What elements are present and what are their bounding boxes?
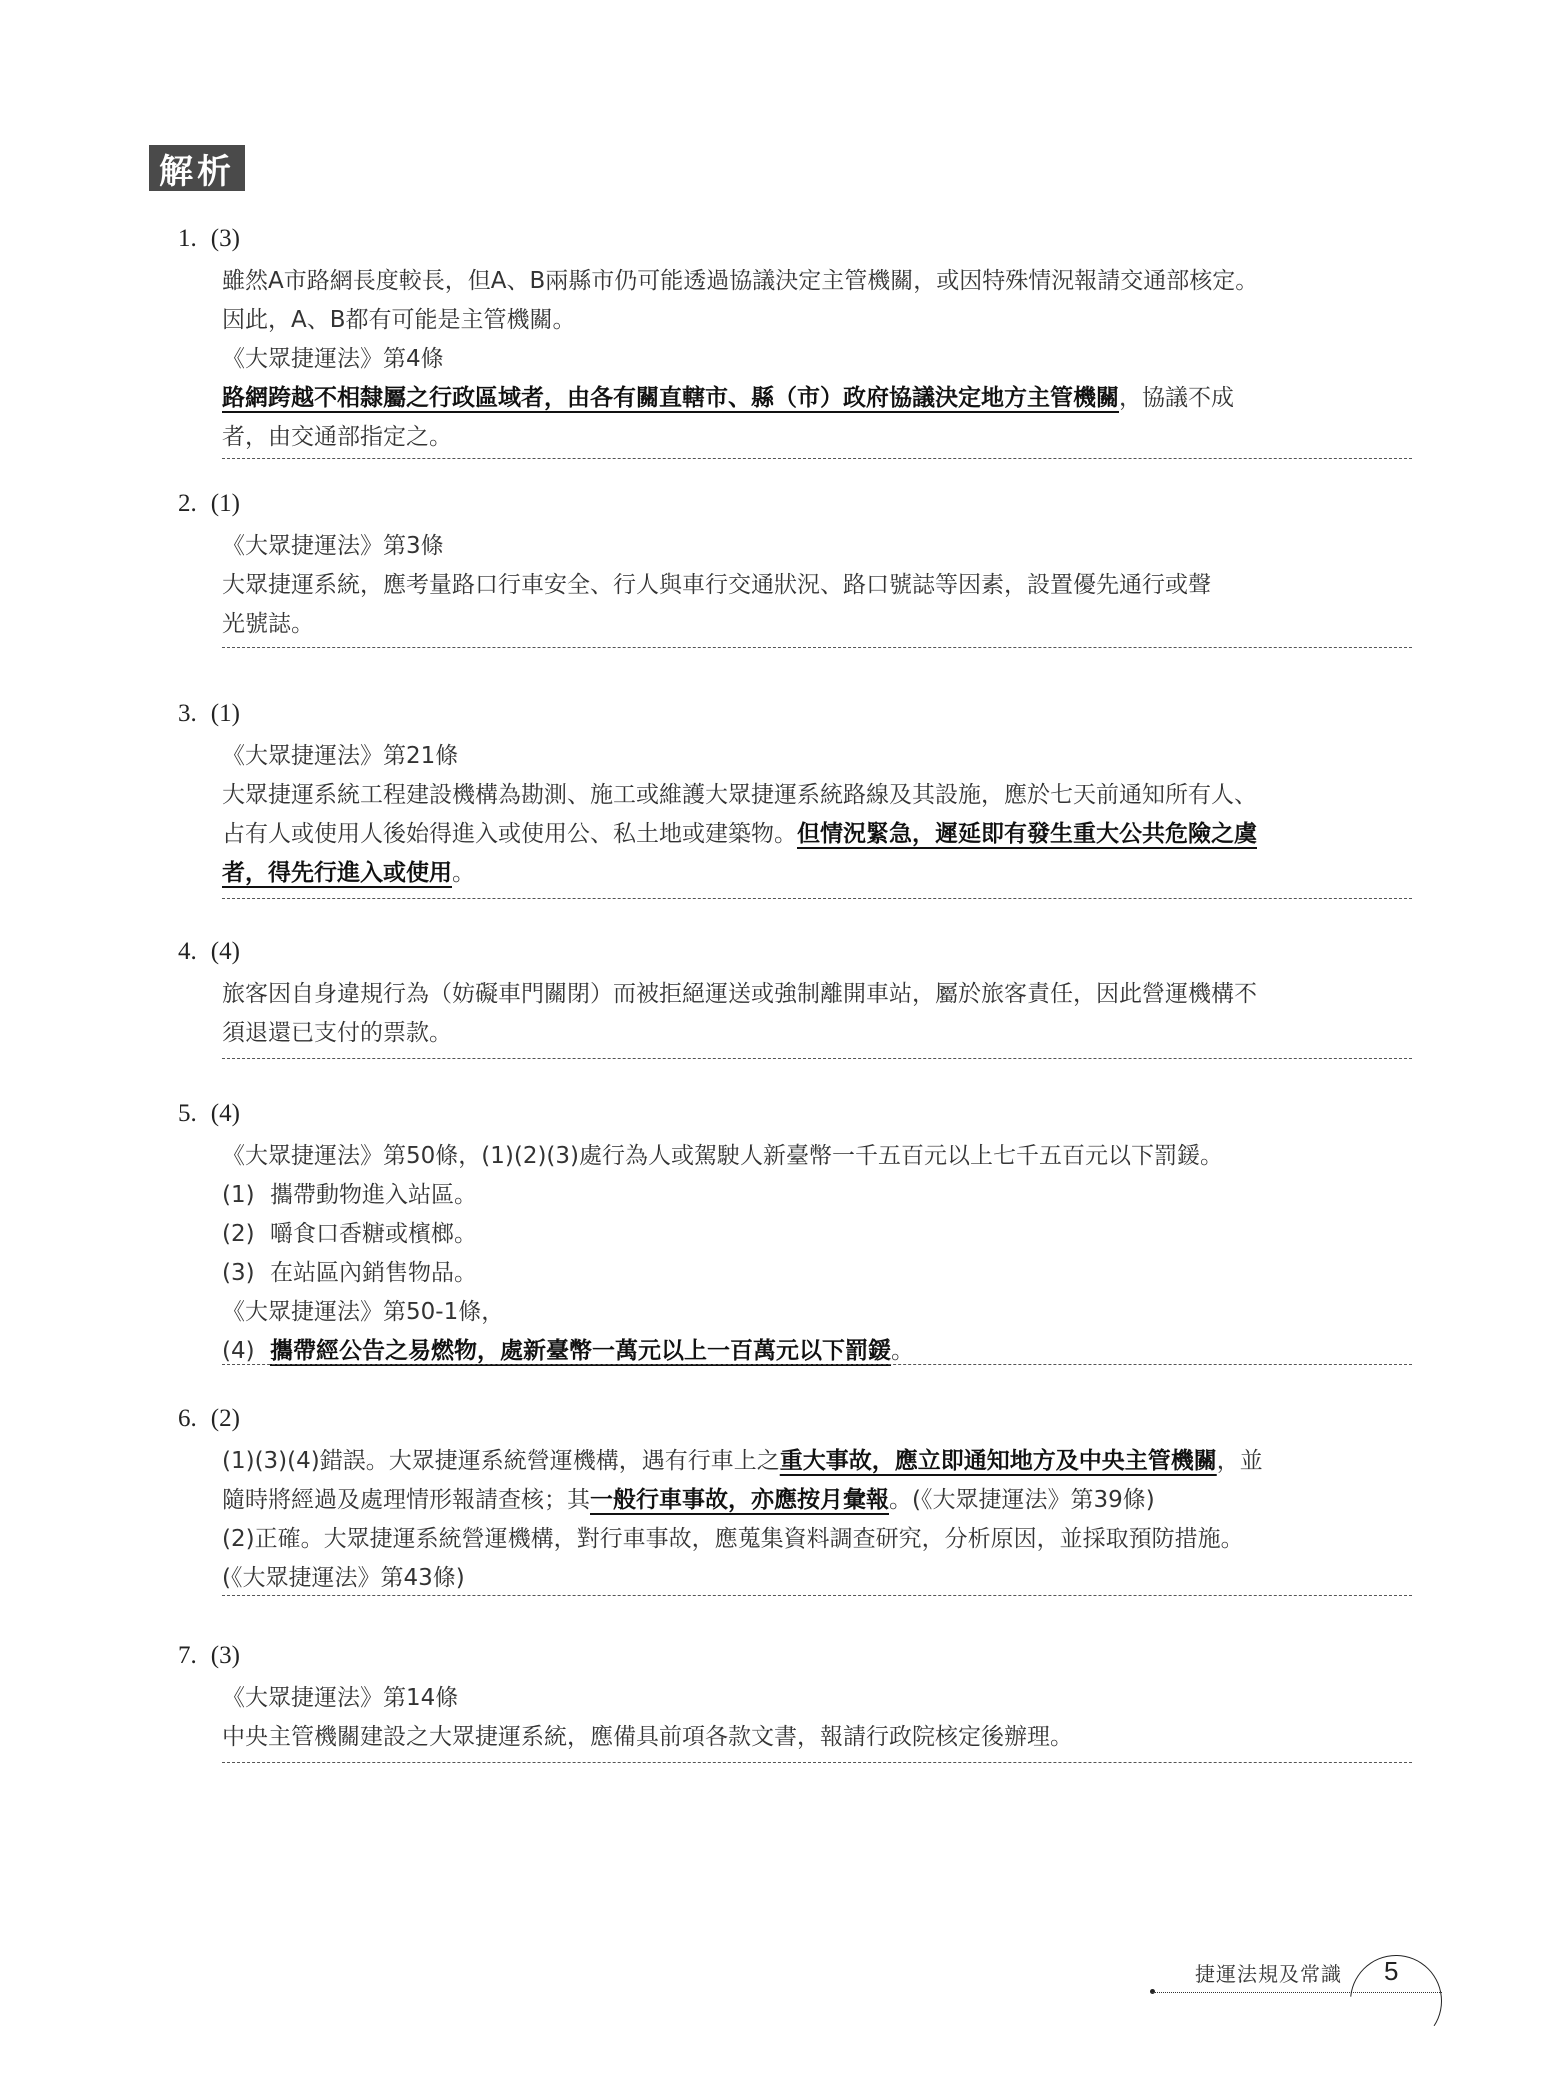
text-segment: 占有人或使用人後始得進入或使用公、私土地或建築物。: [222, 821, 797, 847]
question-number: 4.(4): [178, 938, 240, 966]
dashed-divider: [222, 458, 1412, 459]
explanation-line: (1)(3)(4)錯誤。大眾捷運系統營運機構，遇有行車上之重大事故，應立即通知地…: [222, 1442, 1412, 1481]
explanation-line: 雖然A市路網長度較長，但A、B兩縣市仍可能透過協議決定主管機關，或因特殊情況報請…: [222, 262, 1412, 301]
explanation-line: 占有人或使用人後始得進入或使用公、私土地或建築物。但情況緊急，遲延即有發生重大公…: [222, 815, 1412, 854]
text-segment: 大眾捷運系統，應考量路口行車安全、行人與車行交通狀況、路口號誌等因素，設置優先通…: [222, 572, 1211, 598]
text-segment: 。(《大眾捷運法》第39條): [889, 1487, 1155, 1513]
sub-item-label: (3): [222, 1254, 270, 1293]
sub-item-label: (1): [222, 1176, 270, 1215]
emphasized-text: 重大事故，應立即通知地方及中央主管機關: [780, 1448, 1217, 1474]
explanation-body: 《大眾捷運法》第14條中央主管機關建設之大眾捷運系統，應備具前項各款文書，報請行…: [222, 1679, 1412, 1757]
sub-item-label: (4): [222, 1332, 270, 1371]
explanation-line: 大眾捷運系統，應考量路口行車安全、行人與車行交通狀況、路口號誌等因素，設置優先通…: [222, 566, 1412, 605]
explanation-line: 大眾捷運系統工程建設機構為勘測、施工或維護大眾捷運系統路線及其設施，應於七天前通…: [222, 776, 1412, 815]
item-number: 4.: [178, 938, 197, 965]
item-number: 7.: [178, 1642, 197, 1669]
dashed-divider: [222, 1058, 1412, 1059]
text-segment: 攜帶動物進入站區。: [270, 1182, 477, 1208]
dashed-divider: [222, 1595, 1412, 1596]
footer-book-title: 捷運法規及常識: [1195, 1958, 1342, 1987]
text-segment: ，協議不成: [1119, 385, 1234, 411]
text-segment: 雖然A市路網長度較長，但A、B兩縣市仍可能透過協議決定主管機關，或因特殊情況報請…: [222, 268, 1258, 294]
sub-item-label: (2): [222, 1215, 270, 1254]
explanation-line: 《大眾捷運法》第50-1條，: [222, 1293, 1412, 1332]
explanation-line: (4)攜帶經公告之易燃物，處新臺幣一萬元以上一百萬元以下罰鍰。: [222, 1332, 1412, 1371]
explanation-line: 《大眾捷運法》第14條: [222, 1679, 1412, 1718]
explanation-line: 《大眾捷運法》第4條: [222, 340, 1412, 379]
item-number: 2.: [178, 490, 197, 517]
explanation-line: 因此，A、B都有可能是主管機關。: [222, 301, 1412, 340]
explanation-line: 路網跨越不相隸屬之行政區域者，由各有關直轄市、縣（市）政府協議決定地方主管機關，…: [222, 379, 1412, 418]
emphasized-text: 路網跨越不相隸屬之行政區域者，由各有關直轄市、縣（市）政府協議決定地方主管機關: [222, 385, 1119, 411]
text-segment: 。: [452, 860, 475, 886]
page-number: 5: [1384, 1956, 1398, 1987]
text-segment: 大眾捷運系統工程建設機構為勘測、施工或維護大眾捷運系統路線及其設施，應於七天前通…: [222, 782, 1257, 808]
question-number: 7.(3): [178, 1642, 240, 1670]
dashed-divider: [222, 647, 1412, 648]
explanation-line: 旅客因自身違規行為（妨礙車門關閉）而被拒絕運送或強制離開車站，屬於旅客責任，因此…: [222, 975, 1412, 1014]
text-segment: 。: [891, 1338, 914, 1364]
item-answer: (4): [211, 1100, 240, 1127]
text-segment: 光號誌。: [222, 611, 314, 637]
explanation-body: 雖然A市路網長度較長，但A、B兩縣市仍可能透過協議決定主管機關，或因特殊情況報請…: [222, 262, 1412, 457]
question-number: 3.(1): [178, 700, 240, 728]
explanation-line: 光號誌。: [222, 605, 1412, 644]
item-number: 1.: [178, 225, 197, 252]
question-number: 2.(1): [178, 490, 240, 518]
dashed-divider: [222, 1762, 1412, 1763]
explanation-line: 者，得先行進入或使用。: [222, 854, 1412, 893]
text-segment: (2)正確。大眾捷運系統營運機構，對行車事故，應蒐集資料調查研究，分析原因，並採…: [222, 1526, 1244, 1552]
explanation-line: 《大眾捷運法》第50條，(1)(2)(3)處行為人或駕駛人新臺幣一千五百元以上七…: [222, 1137, 1412, 1176]
explanation-body: 旅客因自身違規行為（妨礙車門關閉）而被拒絕運送或強制離開車站，屬於旅客責任，因此…: [222, 975, 1412, 1053]
explanation-line: (1)攜帶動物進入站區。: [222, 1176, 1412, 1215]
text-segment: 隨時將經過及處理情形報請查核；其: [222, 1487, 590, 1513]
explanation-line: (2)嚼食口香糖或檳榔。: [222, 1215, 1412, 1254]
explanation-body: 《大眾捷運法》第50條，(1)(2)(3)處行為人或駕駛人新臺幣一千五百元以上七…: [222, 1137, 1412, 1371]
text-segment: 中央主管機關建設之大眾捷運系統，應備具前項各款文書，報請行政院核定後辦理。: [222, 1724, 1073, 1750]
text-segment: 旅客因自身違規行為（妨礙車門關閉）而被拒絕運送或強制離開車站，屬於旅客責任，因此…: [222, 981, 1257, 1007]
text-segment: ，並: [1217, 1448, 1263, 1474]
explanation-line: 中央主管機關建設之大眾捷運系統，應備具前項各款文書，報請行政院核定後辦理。: [222, 1718, 1412, 1757]
explanation-line: (3)在站區內銷售物品。: [222, 1254, 1412, 1293]
item-number: 5.: [178, 1100, 197, 1127]
text-segment: 《大眾捷運法》第21條: [222, 743, 458, 769]
text-segment: 嚼食口香糖或檳榔。: [270, 1221, 477, 1247]
emphasized-text: 者，得先行進入或使用: [222, 860, 452, 886]
text-segment: 《大眾捷運法》第50條，(1)(2)(3)處行為人或駕駛人新臺幣一千五百元以上七…: [222, 1143, 1223, 1169]
explanation-line: 《大眾捷運法》第3條: [222, 527, 1412, 566]
item-number: 3.: [178, 700, 197, 727]
item-answer: (1): [211, 700, 240, 727]
text-segment: (《大眾捷運法》第43條): [222, 1565, 465, 1591]
item-answer: (1): [211, 490, 240, 517]
explanation-line: (2)正確。大眾捷運系統營運機構，對行車事故，應蒐集資料調查研究，分析原因，並採…: [222, 1520, 1412, 1559]
text-segment: 因此，A、B都有可能是主管機關。: [222, 307, 576, 333]
text-segment: (1)(3)(4)錯誤。大眾捷運系統營運機構，遇有行車上之: [222, 1448, 780, 1474]
item-number: 6.: [178, 1405, 197, 1432]
item-answer: (3): [211, 225, 240, 252]
item-answer: (3): [211, 1642, 240, 1669]
explanation-line: 《大眾捷運法》第21條: [222, 737, 1412, 776]
text-segment: 《大眾捷運法》第3條: [222, 533, 444, 559]
dashed-divider: [222, 898, 1412, 899]
emphasized-text: 但情況緊急，遲延即有發生重大公共危險之虞: [797, 821, 1257, 847]
question-number: 1.(3): [178, 225, 240, 253]
explanation-line: 須退還已支付的票款。: [222, 1014, 1412, 1053]
text-segment: 《大眾捷運法》第14條: [222, 1685, 458, 1711]
item-answer: (4): [211, 938, 240, 965]
item-answer: (2): [211, 1405, 240, 1432]
section-heading: 解析: [149, 145, 245, 191]
dashed-divider: [222, 1364, 1412, 1365]
explanation-line: 者，由交通部指定之。: [222, 418, 1412, 457]
explanation-body: 《大眾捷運法》第3條大眾捷運系統，應考量路口行車安全、行人與車行交通狀況、路口號…: [222, 527, 1412, 644]
question-number: 5.(4): [178, 1100, 240, 1128]
emphasized-text: 一般行車事故，亦應按月彙報: [590, 1487, 889, 1513]
question-number: 6.(2): [178, 1405, 240, 1433]
text-segment: 在站區內銷售物品。: [270, 1260, 477, 1286]
text-segment: 《大眾捷運法》第50-1條，: [222, 1299, 504, 1325]
text-segment: 須退還已支付的票款。: [222, 1020, 452, 1046]
explanation-line: (《大眾捷運法》第43條): [222, 1559, 1412, 1598]
explanation-body: 《大眾捷運法》第21條大眾捷運系統工程建設機構為勘測、施工或維護大眾捷運系統路線…: [222, 737, 1412, 893]
emphasized-text: 攜帶經公告之易燃物，處新臺幣一萬元以上一百萬元以下罰鍰: [270, 1338, 891, 1364]
text-segment: 《大眾捷運法》第4條: [222, 346, 444, 372]
explanation-line: 隨時將經過及處理情形報請查核；其一般行車事故，亦應按月彙報。(《大眾捷運法》第3…: [222, 1481, 1412, 1520]
text-segment: 者，由交通部指定之。: [222, 424, 452, 450]
explanation-body: (1)(3)(4)錯誤。大眾捷運系統營運機構，遇有行車上之重大事故，應立即通知地…: [222, 1442, 1412, 1598]
